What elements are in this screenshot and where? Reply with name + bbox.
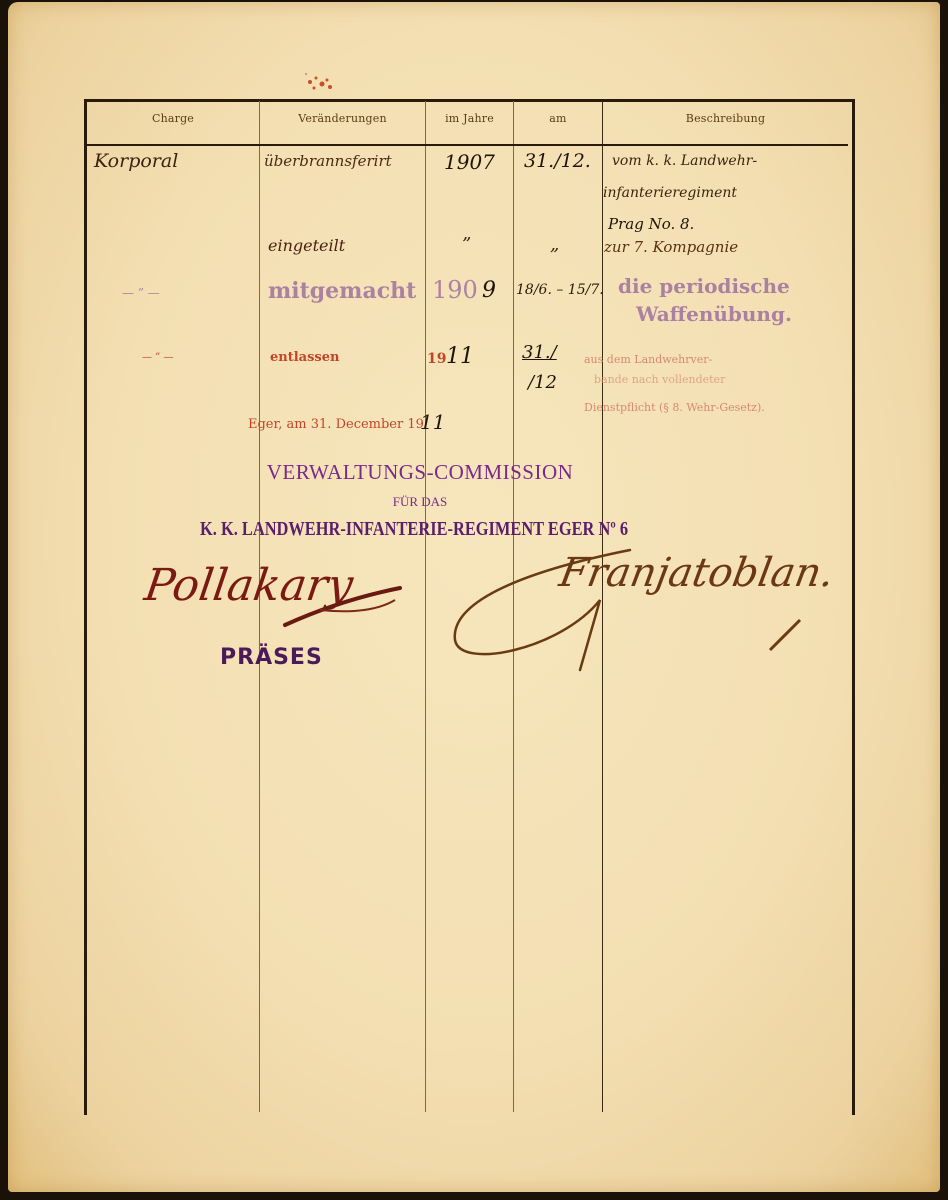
row2-am: „: [550, 234, 559, 255]
signature-flourish-left: [280, 580, 410, 630]
row3-charge: — ” —: [122, 286, 160, 300]
place-date-prefix: Eger, am 31. December 19: [248, 417, 424, 432]
row1-beschreibung-2: infanterieregiment: [603, 185, 737, 201]
row3-beschreibung-1: die periodische: [618, 274, 790, 298]
row3-am: 18/6. – 15/7.: [516, 282, 604, 298]
row1-veraenderungen: überbrannsferirt: [264, 152, 392, 170]
row2-beschreibung: zur 7. Kompagnie: [604, 238, 738, 256]
header-divider: [86, 144, 848, 146]
row4-veraenderungen: entlassen: [270, 350, 339, 365]
stamp-line-3: K. K. LANDWEHR-INFANTERIE-REGIMENT EGER …: [200, 518, 577, 541]
row4-jahr-prefix: 19: [427, 351, 446, 367]
stamp-line-1: VERWALTUNGS-COMMISSION: [240, 460, 600, 485]
row3-jahr-prefix: 190: [432, 276, 478, 304]
stamp-line-2: FÜR DAS: [240, 494, 600, 510]
row4-beschreibung-3: Dienstpflicht (§ 8. Wehr-Gesetz).: [584, 398, 765, 418]
row2-jahr: ”: [462, 234, 471, 255]
header-charge: Charge: [87, 112, 259, 125]
row2-veraenderungen: eingeteilt: [268, 236, 345, 255]
row1-beschreibung-3: Prag No. 8.: [608, 215, 694, 233]
row1-am: 31./12.: [524, 150, 591, 172]
praeses-stamp: PRÄSES: [220, 645, 323, 670]
row4-am-top: 31./: [522, 342, 557, 363]
header-veraenderungen: Veränderungen: [260, 112, 425, 125]
signature-right: Franjatoblan.: [556, 550, 838, 596]
row4-charge: — ” —: [142, 352, 173, 363]
row4-beschreibung-1: aus dem Landwehrver-: [584, 350, 712, 370]
row1-jahr: 1907: [444, 150, 495, 174]
row4-jahr-suffix: 11: [446, 344, 474, 369]
row1-beschreibung-1: vom k. k. Landwehr-: [612, 153, 757, 169]
row4-beschreibung-2: bande nach vollendeter: [594, 370, 725, 390]
row3-veraenderungen: mitgemacht: [268, 278, 416, 304]
row3-jahr-suffix: 9: [482, 278, 496, 303]
row1-charge: Korporal: [94, 150, 178, 172]
header-am: am: [514, 112, 602, 125]
place-date-suffix: 11: [420, 410, 445, 434]
header-jahr: im Jahre: [426, 112, 513, 125]
red-ink-speck: [300, 68, 340, 92]
header-beschreibung: Beschreibung: [603, 112, 848, 125]
column-divider: [425, 101, 426, 1112]
row4-am-bottom: /12: [528, 372, 557, 393]
row3-beschreibung-2: Waffenübung.: [636, 302, 792, 326]
